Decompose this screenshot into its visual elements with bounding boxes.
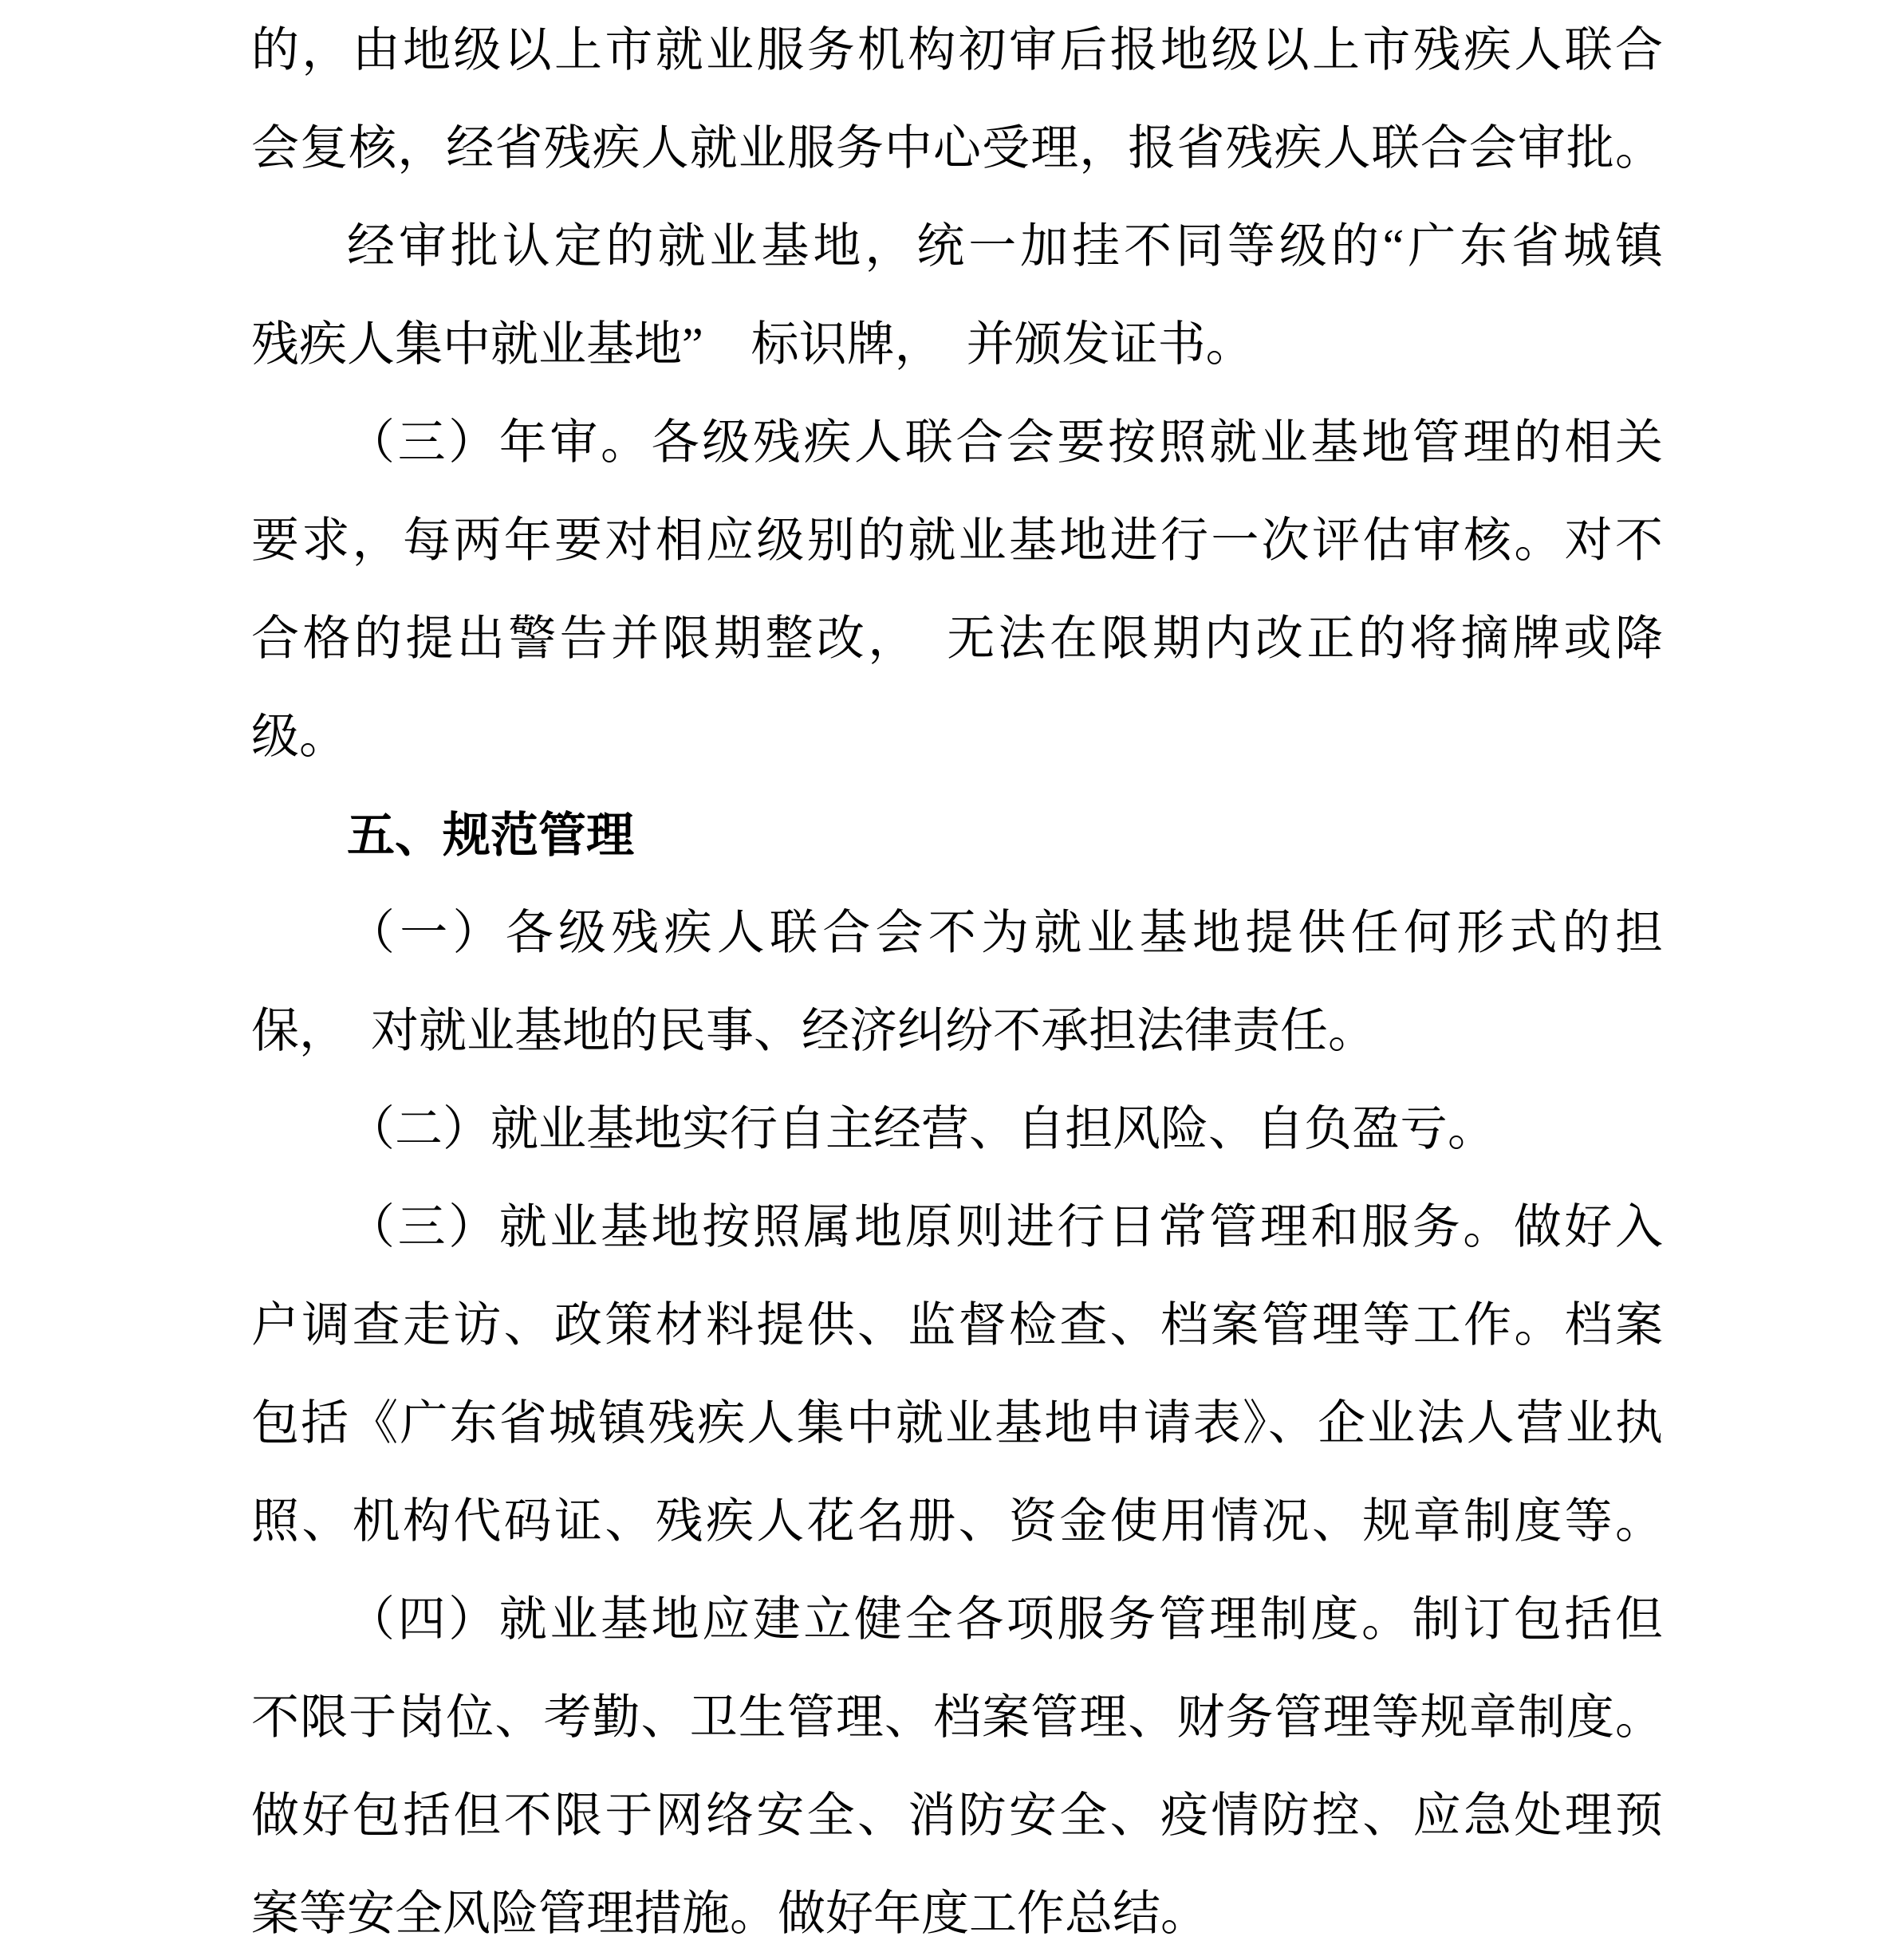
text-line: （三）年审。各级残疾人联合会要按照就业基地管理的相关 [251,394,1663,492]
text-line: 做好包括但不限于网络安全、消防安全、疫情防控、应急处理预 [251,1767,1663,1865]
text-line: （二）就业基地实行自主经营、自担风险、自负盈亏。 [251,1080,1663,1179]
text-line: 案等安全风险管理措施。做好年度工作总结。 [251,1865,1663,1960]
document-page: 的，由地级以上市就业服务机构初审后报地级以上市残疾人联合会复核，经省残疾人就业服… [0,0,1899,1960]
text-line: 残疾人集中就业基地” 标识牌， 并颁发证书。 [251,296,1663,394]
text-line: 包括《广东省城镇残疾人集中就业基地申请表》、企业法人营业执 [251,1375,1663,1473]
text-line: 的，由地级以上市就业服务机构初审后报地级以上市残疾人联合 [251,2,1663,100]
text-line: 要求，每两年要对相应级别的就业基地进行一次评估审核。对不 [251,492,1663,590]
section-heading: 五、规范管理 [251,786,1663,884]
text-line: （三）就业基地按照属地原则进行日常管理和服务。做好入 [251,1179,1663,1277]
text-line: 照、机构代码证、残疾人花名册、资金使用情况、规章制度等。 [251,1473,1663,1571]
text-line: 合格的提出警告并限期整改， 无法在限期内改正的将摘牌或降 [251,590,1663,688]
text-line: （四）就业基地应建立健全各项服务管理制度。制订包括但 [251,1571,1663,1669]
text-line: 级。 [251,688,1663,786]
text-line: 保， 对就业基地的民事、经济纠纷不承担法律责任。 [251,982,1663,1080]
document-body: 的，由地级以上市就业服务机构初审后报地级以上市残疾人联合会复核，经省残疾人就业服… [251,2,1663,1960]
text-line: 户调查走访、政策材料提供、监督检查、档案管理等工作。档案 [251,1277,1663,1375]
text-line: （一）各级残疾人联合会不为就业基地提供任何形式的担 [251,884,1663,982]
text-line: 不限于岗位、考勤、卫生管理、档案管理、财务管理等规章制度。 [251,1669,1663,1767]
text-line: 会复核，经省残疾人就业服务中心受理，报省残疾人联合会审批。 [251,100,1663,198]
text-line: 经审批认定的就业基地，统一加挂不同等级的“广东省城镇 [251,198,1663,296]
